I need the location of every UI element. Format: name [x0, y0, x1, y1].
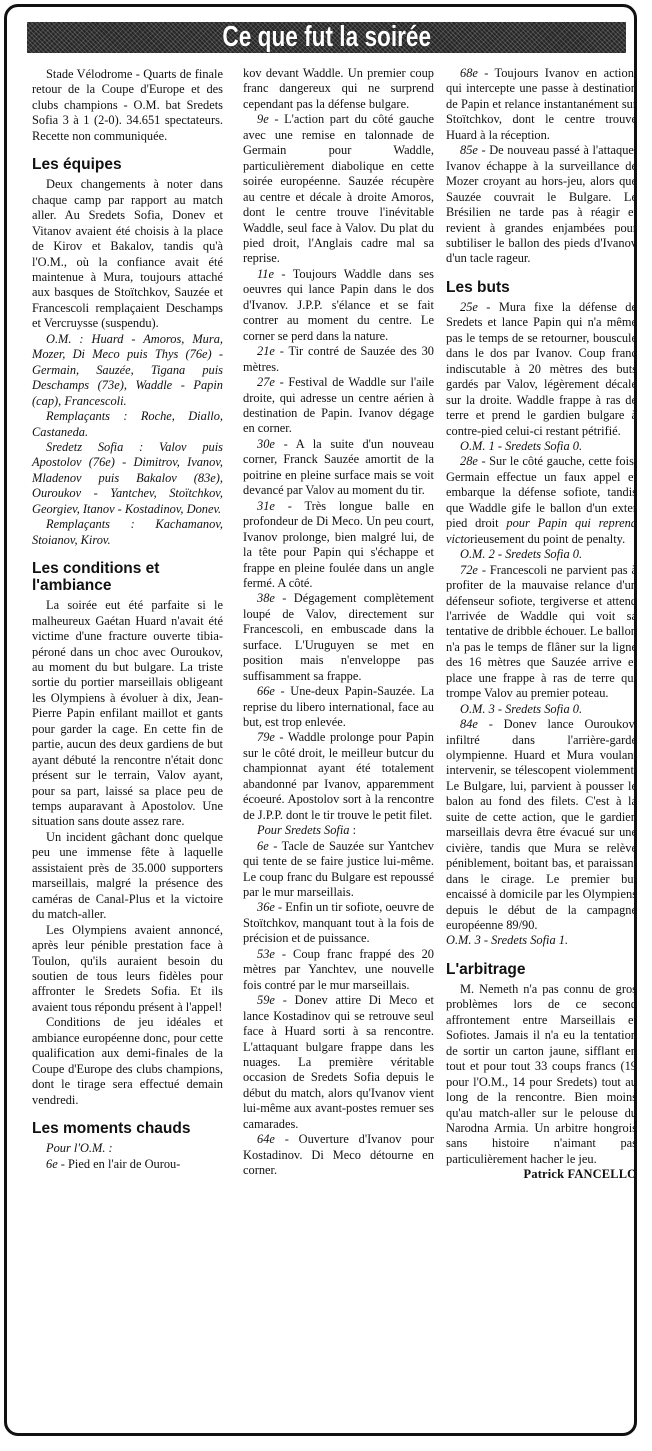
- italic-run: 53e: [257, 947, 275, 961]
- paragraph: kov devant Waddle. Un premier coup franc…: [243, 66, 434, 112]
- paragraph: O.M. : Huard - Amoros, Mura, Mozer, Di M…: [32, 332, 223, 409]
- text-run: - Donev lance Ouroukov, infiltré dans l'…: [446, 717, 637, 932]
- italic-run: O.M. 1 - Sredets Sofia 0.: [460, 439, 582, 453]
- paragraph: 84e - Donev lance Ouroukov, infiltré dan…: [446, 717, 637, 933]
- italic-run: 30e: [257, 437, 275, 451]
- paragraph: 36e - Enfin un tir sofiote, oeuvre de St…: [243, 900, 434, 946]
- paragraph: Conditions de jeu idéales et ambiance eu…: [32, 1015, 223, 1108]
- italic-run: 66e: [257, 684, 275, 698]
- paragraph: Pour Sredets Sofia :: [243, 823, 434, 838]
- paragraph: 72e - Francescoli ne parvient pas à prof…: [446, 563, 637, 702]
- italic-run: 38e: [257, 591, 275, 605]
- text-run: rieusement du point de penalty.: [470, 532, 625, 546]
- italic-run: 27e: [257, 375, 275, 389]
- italic-run: 64e: [257, 1132, 275, 1146]
- text-run: - Tacle de Sauzée sur Yantchev qui tente…: [243, 839, 434, 899]
- paragraph: O.M. 1 - Sredets Sofia 0.: [446, 439, 637, 454]
- italic-run: Sredetz Sofia : Valov puis Apostolov (76…: [32, 440, 223, 516]
- paragraph: O.M. 3 - Sredets Sofia 1.: [446, 933, 637, 948]
- italic-run: Remplaçants : Roche, Diallo, Castaneda.: [32, 409, 223, 438]
- paragraph: 21e - Tir contré de Sauzée des 30 mètres…: [243, 344, 434, 375]
- italic-run: 6e: [46, 1157, 58, 1171]
- column-1: Stade Vélodrome - Quarts de finale retou…: [32, 67, 223, 1172]
- paragraph: 6e - Tacle de Sauzée sur Yantchev qui te…: [243, 839, 434, 901]
- text-run: :: [349, 823, 356, 837]
- italic-run: 84e: [460, 717, 478, 731]
- paragraph: La soirée eut été parfaite si le malheur…: [32, 598, 223, 830]
- section-heading-les-moments-chauds: Les moments chauds: [32, 1120, 223, 1137]
- paragraph: 11e - Toujours Waddle dans ses oeuvres q…: [243, 267, 434, 344]
- paragraph: 79e - Waddle prolonge pour Papin sur le …: [243, 730, 434, 823]
- text-run: - Pied en l'air de Ourou-: [58, 1157, 181, 1171]
- column-2: kov devant Waddle. Un premier coup franc…: [243, 66, 434, 1179]
- italic-run: 11e: [257, 267, 274, 281]
- section-heading-les-conditions-et-l-ambiance: Les conditions et l'ambiance: [32, 560, 223, 594]
- section-heading-l-arbitrage: L'arbitrage: [446, 961, 637, 978]
- paragraph: 6e - Pied en l'air de Ourou-: [32, 1157, 223, 1172]
- paragraph: Un incident gâchant donc quelque peu une…: [32, 830, 223, 923]
- text-run: Un incident gâchant donc quelque peu une…: [32, 830, 223, 921]
- paragraph: Deux changements à noter dans chaque cam…: [32, 177, 223, 332]
- paragraph: Pour l'O.M. :: [32, 1141, 223, 1156]
- italic-run: 21e: [257, 344, 275, 358]
- italic-run: O.M. 2 - Sredets Sofia 0.: [460, 547, 582, 561]
- italic-run: Pour Sredets Sofia: [257, 823, 349, 837]
- column-3: 68e - Toujours Ivanov en action, qui int…: [446, 66, 637, 1183]
- author-signature: Patrick FANCELLO: [446, 1167, 637, 1182]
- paragraph: Stade Vélodrome - Quarts de finale retou…: [32, 67, 223, 144]
- text-run: Stade Vélodrome - Quarts de finale retou…: [32, 67, 223, 143]
- paragraph: O.M. 2 - Sredets Sofia 0.: [446, 547, 637, 562]
- text-run: - De nouveau passé à l'attaque, Ivanov é…: [446, 143, 637, 265]
- paragraph: Les Olympiens avaient annoncé, après leu…: [32, 923, 223, 1016]
- paragraph: Sredetz Sofia : Valov puis Apostolov (76…: [32, 440, 223, 517]
- article-title: Ce que fut la soirée: [222, 22, 431, 53]
- italic-run: 85e: [460, 143, 478, 157]
- paragraph: 85e - De nouveau passé à l'attaque, Ivan…: [446, 143, 637, 267]
- italic-run: Pour l'O.M. :: [46, 1141, 113, 1155]
- text-run: - L'action part du côté gauche avec une …: [243, 112, 434, 265]
- section-heading-les-buts: Les buts: [446, 279, 637, 296]
- text-run: M. Nemeth n'a pas connu de gros problème…: [446, 982, 637, 1166]
- italic-run: 6e: [257, 839, 269, 853]
- text-run: La soirée eut été parfaite si le malheur…: [32, 598, 223, 828]
- italic-run: 25e: [460, 300, 478, 314]
- paragraph: 27e - Festival de Waddle sur l'aile droi…: [243, 375, 434, 437]
- text-run: kov devant Waddle. Un premier coup franc…: [243, 66, 434, 111]
- italic-run: O.M. : Huard - Amoros, Mura, Mozer, Di M…: [32, 332, 223, 408]
- paragraph: 38e - Dégagement complètement loupé de V…: [243, 591, 434, 684]
- italic-run: 72e: [460, 563, 478, 577]
- text-run: - Mura fixe la défense de Sredets et lan…: [446, 300, 637, 438]
- text-run: Les Olympiens avaient annoncé, après leu…: [32, 923, 223, 1014]
- italic-run: 79e: [257, 730, 275, 744]
- italic-run: 28e: [460, 454, 478, 468]
- paragraph: Remplaçants : Roche, Diallo, Castaneda.: [32, 409, 223, 440]
- paragraph: 59e - Donev attire Di Meco et lance Kost…: [243, 993, 434, 1132]
- paragraph: 68e - Toujours Ivanov en action, qui int…: [446, 66, 637, 143]
- text-run: Deux changements à noter dans chaque cam…: [32, 177, 223, 330]
- italic-run: O.M. 3 - Sredets Sofia 1.: [446, 933, 568, 947]
- title-banner: Ce que fut la soirée: [27, 22, 626, 53]
- italic-run: 68e: [460, 66, 478, 80]
- text-run: - Francescoli ne parvient pas à profiter…: [446, 563, 637, 701]
- paragraph: M. Nemeth n'a pas connu de gros problème…: [446, 982, 637, 1167]
- paragraph: Remplaçants : Kachamanov, Stoianov, Kiro…: [32, 517, 223, 548]
- italic-run: 36e: [257, 900, 275, 914]
- italic-run: 9e: [257, 112, 269, 126]
- italic-run: 31e: [257, 499, 275, 513]
- paragraph: 66e - Une-deux Papin-Sauzée. La reprise …: [243, 684, 434, 730]
- paragraph: 9e - L'action part du côté gauche avec u…: [243, 112, 434, 267]
- italic-run: O.M. 3 - Sredets Sofia 0.: [460, 702, 582, 716]
- paragraph: 25e - Mura fixe la défense de Sredets et…: [446, 300, 637, 439]
- text-run: - Donev attire Di Meco et lance Kostadin…: [243, 993, 434, 1131]
- paragraph: 53e - Coup franc frappé des 20 mètres pa…: [243, 947, 434, 993]
- paragraph: O.M. 3 - Sredets Sofia 0.: [446, 702, 637, 717]
- text-run: Conditions de jeu idéales et ambiance eu…: [32, 1015, 223, 1106]
- paragraph: 30e - A la suite d'un nouveau corner, Fr…: [243, 437, 434, 499]
- italic-run: 59e: [257, 993, 275, 1007]
- paragraph: 64e - Ouverture d'Ivanov pour Kostadinov…: [243, 1132, 434, 1178]
- section-heading-les-equipes: Les équipes: [32, 156, 223, 173]
- paragraph: 28e - Sur le côté gauche, cette fois, Ge…: [446, 454, 637, 547]
- italic-run: Remplaçants : Kachamanov, Stoianov, Kiro…: [32, 517, 223, 546]
- paragraph: 31e - Très longue balle en profondeur de…: [243, 499, 434, 592]
